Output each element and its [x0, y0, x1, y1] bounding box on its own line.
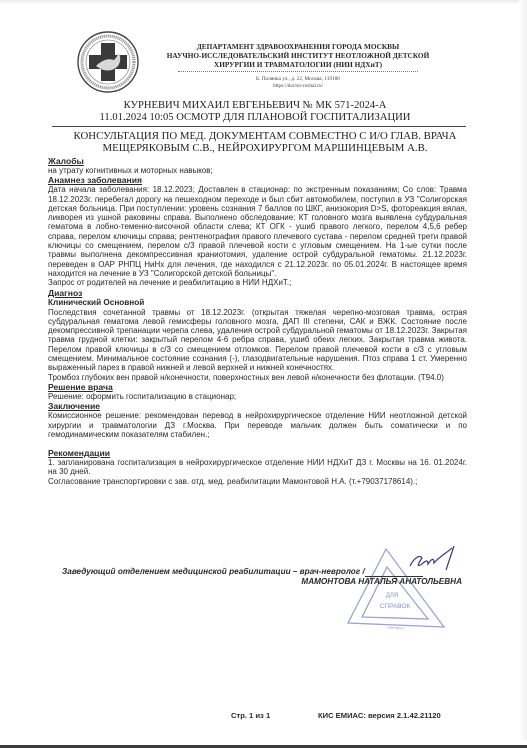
consultation-line1: КОНСУЛЬТАЦИЯ ПО МЕД. ДОКУМЕНТАМ СОВМЕСТН… [40, 130, 490, 142]
page-top-shadow [0, 0, 527, 4]
page-number: Стр. 1 из 1 [231, 711, 270, 720]
institute-header: ДЕПАРТАМЕНТ ЗДРАВООХРАНЕНИЯ ГОРОДА МОСКВ… [148, 42, 448, 72]
anamnesis-heading: Анамнез заболевания [48, 175, 467, 185]
signer-name: МАМОНТОВА НАТАЛЬЯ АНАТОЛЬЕВНА [62, 577, 464, 587]
conclusion-heading: Заключение [48, 401, 467, 411]
svg-text:НИИ НДХиТ: НИИ НДХиТ [387, 626, 404, 631]
institute-website: https://doctor-roshal.ru/ [148, 83, 448, 90]
recommendations-text-2: Согласование транспортировки с зав. отд.… [48, 477, 467, 486]
complaints-text: на утрату когнитивных и моторных навыков… [48, 166, 467, 175]
signer-position-text: Заведующий отделением медицинской реабил… [62, 567, 365, 576]
stamp-text: ДЛЯ [386, 593, 398, 599]
diagnosis-subheading: Клинический Основной [48, 298, 467, 308]
svg-text:СПРАВОК: СПРАВОК [380, 603, 411, 610]
header-divider [178, 71, 418, 72]
anamnesis-text: Дата начала заболевания: 18.12.2023; Дос… [48, 185, 467, 278]
document-body: Жалобы на утрату когнитивных и моторных … [48, 156, 467, 486]
system-version: КИС ЕМИАС: версия 2.1.42.21120 [318, 711, 441, 720]
complaints-heading: Жалобы [48, 156, 467, 166]
institute-address: Б. Полянка ул., д. 22, Москва, 119180 [148, 76, 448, 83]
page-right-shadow [519, 0, 527, 740]
consultation-line2: МЕЩЕРЯКОВЫМ С.В., НЕЙРОХИРУРГОМ МАРШИНЦЕ… [40, 142, 490, 154]
visit-info: 11.01.2024 10:05 ОСМОТР ДЛЯ ПЛАНОВОЙ ГОС… [40, 112, 470, 124]
consultation-title: КОНСУЛЬТАЦИЯ ПО МЕД. ДОКУМЕНТАМ СОВМЕСТН… [40, 130, 490, 154]
diagnosis-text: Последствия сочетанной травмы от 18.12.2… [48, 308, 467, 373]
recommendations-heading: Рекомендации [48, 448, 467, 458]
institute-logo-icon [76, 30, 140, 94]
signer-position: Заведующий отделением медицинской реабил… [62, 567, 464, 577]
decision-heading: Решение врача [48, 382, 467, 392]
diagnosis-heading: Диагноз [48, 288, 467, 298]
anamnesis-request: Запрос от родителей на лечение и реабили… [48, 278, 467, 287]
department-name: ДЕПАРТАМЕНТ ЗДРАВООХРАНЕНИЯ ГОРОДА МОСКВ… [148, 42, 448, 51]
institute-name-line2: ХИРУРГИИ И ТРАВМАТОЛОГИИ (НИИ НДХиТ) [148, 60, 448, 69]
decision-text: Решение: оформить госпитализацию в стаци… [48, 392, 467, 401]
signature-line [365, 568, 423, 577]
recommendations-text: 1. запланирована госпитализация в нейрох… [48, 458, 467, 477]
spacer [48, 439, 467, 448]
patient-divider [52, 126, 466, 127]
conclusion-text: Комиссионное решение: рекомендован перев… [48, 411, 467, 439]
patient-name: КУРНЕВИЧ МИХАИЛ ЕВГЕНЬЕВИЧ № МК 571-2024… [40, 100, 470, 112]
institute-name-line1: НАУЧНО-ИССЛЕДОВАТЕЛЬСКИЙ ИНСТИТУТ НЕОТЛО… [148, 51, 448, 60]
diagnosis-text-2: Тромбоз глубоких вен правой н/конечности… [48, 373, 467, 382]
signature-block: Заведующий отделением медицинской реабил… [62, 567, 464, 587]
patient-block: КУРНЕВИЧ МИХАИЛ ЕВГЕНЬЕВИЧ № МК 571-2024… [40, 100, 470, 123]
institute-address-block: Б. Полянка ул., д. 22, Москва, 119180 ht… [148, 76, 448, 90]
